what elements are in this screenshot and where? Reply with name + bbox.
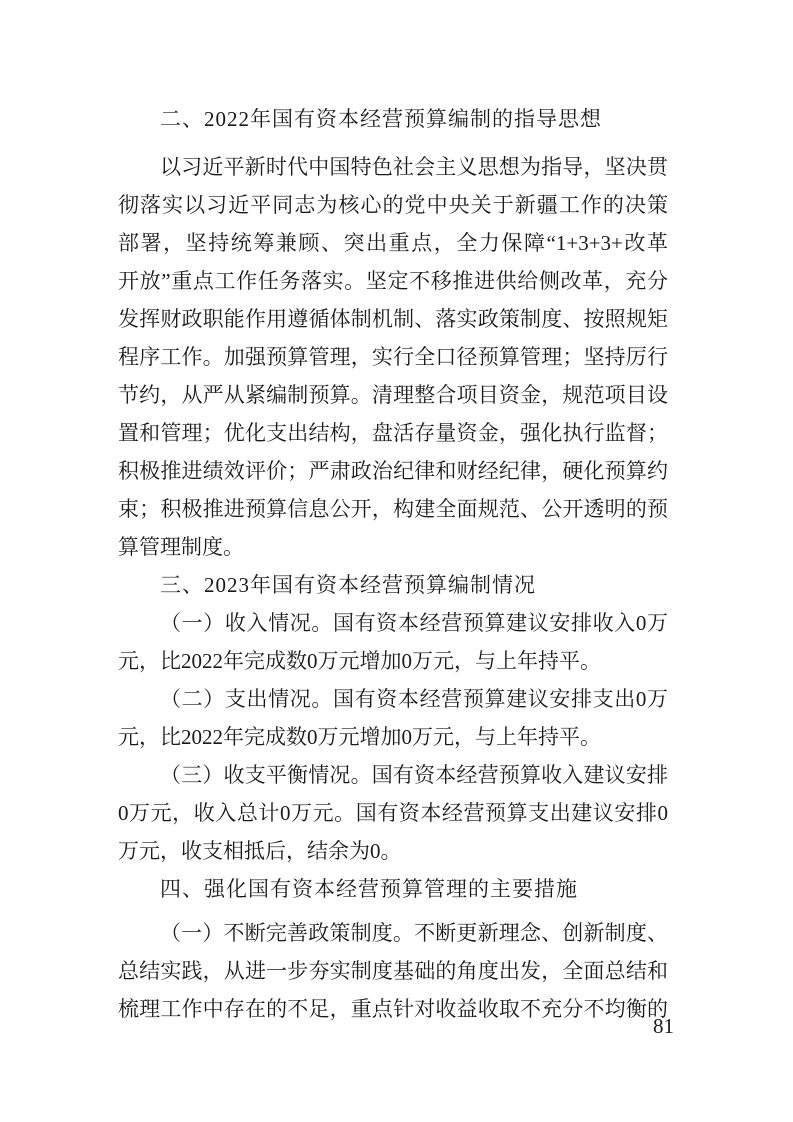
text-line: 置和管理；优化支出结构，盘活存量资金，强化执行监督；	[118, 414, 668, 452]
text-line: 总结实践，从进一步夯实制度基础的角度出发，全面总结和	[118, 952, 668, 990]
page-number: 81	[118, 1012, 674, 1040]
text-line: （一）收入情况。国有资本经营预算建议安排收入0万	[118, 604, 668, 642]
section-heading-2: 二、2022年国有资本经营预算编制的指导思想	[118, 100, 668, 138]
document-body: 二、2022年国有资本经营预算编制的指导思想 以习近平新时代中国特色社会主义思想…	[118, 100, 668, 1028]
section-heading-3: 三、2023年国有资本经营预算编制情况	[118, 566, 668, 604]
text-line: 积极推进绩效评价；严肃政治纪律和财经纪律，硬化预算约	[118, 452, 668, 490]
text-line: （一）不断完善政策制度。不断更新理念、创新制度、	[118, 914, 668, 952]
text-line: 束；积极推进预算信息公开，构建全面规范、公开透明的预	[118, 490, 668, 528]
text-line: 节约，从严从紧编制预算。清理整合项目资金，规范项目设	[118, 376, 668, 414]
text-line: 元，比2022年完成数0万元增加0万元，与上年持平。	[118, 642, 668, 680]
paragraph-policy-improvement: （一）不断完善政策制度。不断更新理念、创新制度、 总结实践，从进一步夯实制度基础…	[118, 914, 668, 1028]
document-page: 二、2022年国有资本经营预算编制的指导思想 以习近平新时代中国特色社会主义思想…	[0, 0, 793, 1122]
paragraph-balance: （三）收支平衡情况。国有资本经营预算收入建议安排 0万元，收入总计0万元。国有资…	[118, 756, 668, 870]
text-line: 程序工作。加强预算管理，实行全口径预算管理；坚持厉行	[118, 338, 668, 376]
section-heading-4: 四、强化国有资本经营预算管理的主要措施	[118, 870, 668, 908]
text-line: 万元，收支相抵后，结余为0。	[118, 832, 668, 870]
heading-text: 二、2022年国有资本经营预算编制的指导思想	[118, 100, 668, 138]
heading-text: 四、强化国有资本经营预算管理的主要措施	[118, 870, 668, 908]
paragraph-income: （一）收入情况。国有资本经营预算建议安排收入0万 元，比2022年完成数0万元增…	[118, 604, 668, 680]
heading-text: 三、2023年国有资本经营预算编制情况	[118, 566, 668, 604]
text-line: 发挥财政职能作用遵循体制机制、落实政策制度、按照规矩	[118, 300, 668, 338]
paragraph-guiding-ideology: 以习近平新时代中国特色社会主义思想为指导，坚决贯 彻落实以习近平同志为核心的党中…	[118, 148, 668, 566]
text-line: 彻落实以习近平同志为核心的党中央关于新疆工作的决策	[118, 186, 668, 224]
text-line: 以习近平新时代中国特色社会主义思想为指导，坚决贯	[118, 148, 668, 186]
text-line: 部署，坚持统筹兼顾、突出重点，全力保障“1+3+3+改革	[118, 224, 668, 262]
text-line: 0万元，收入总计0万元。国有资本经营预算支出建议安排0	[118, 794, 668, 832]
text-line: 开放”重点工作任务落实。坚定不移推进供给侧改革，充分	[118, 262, 668, 300]
paragraph-expenditure: （二）支出情况。国有资本经营预算建议安排支出0万 元，比2022年完成数0万元增…	[118, 680, 668, 756]
text-line: 算管理制度。	[118, 528, 668, 566]
text-line: （二）支出情况。国有资本经营预算建议安排支出0万	[118, 680, 668, 718]
text-line: 元，比2022年完成数0万元增加0万元，与上年持平。	[118, 718, 668, 756]
text-line: （三）收支平衡情况。国有资本经营预算收入建议安排	[118, 756, 668, 794]
